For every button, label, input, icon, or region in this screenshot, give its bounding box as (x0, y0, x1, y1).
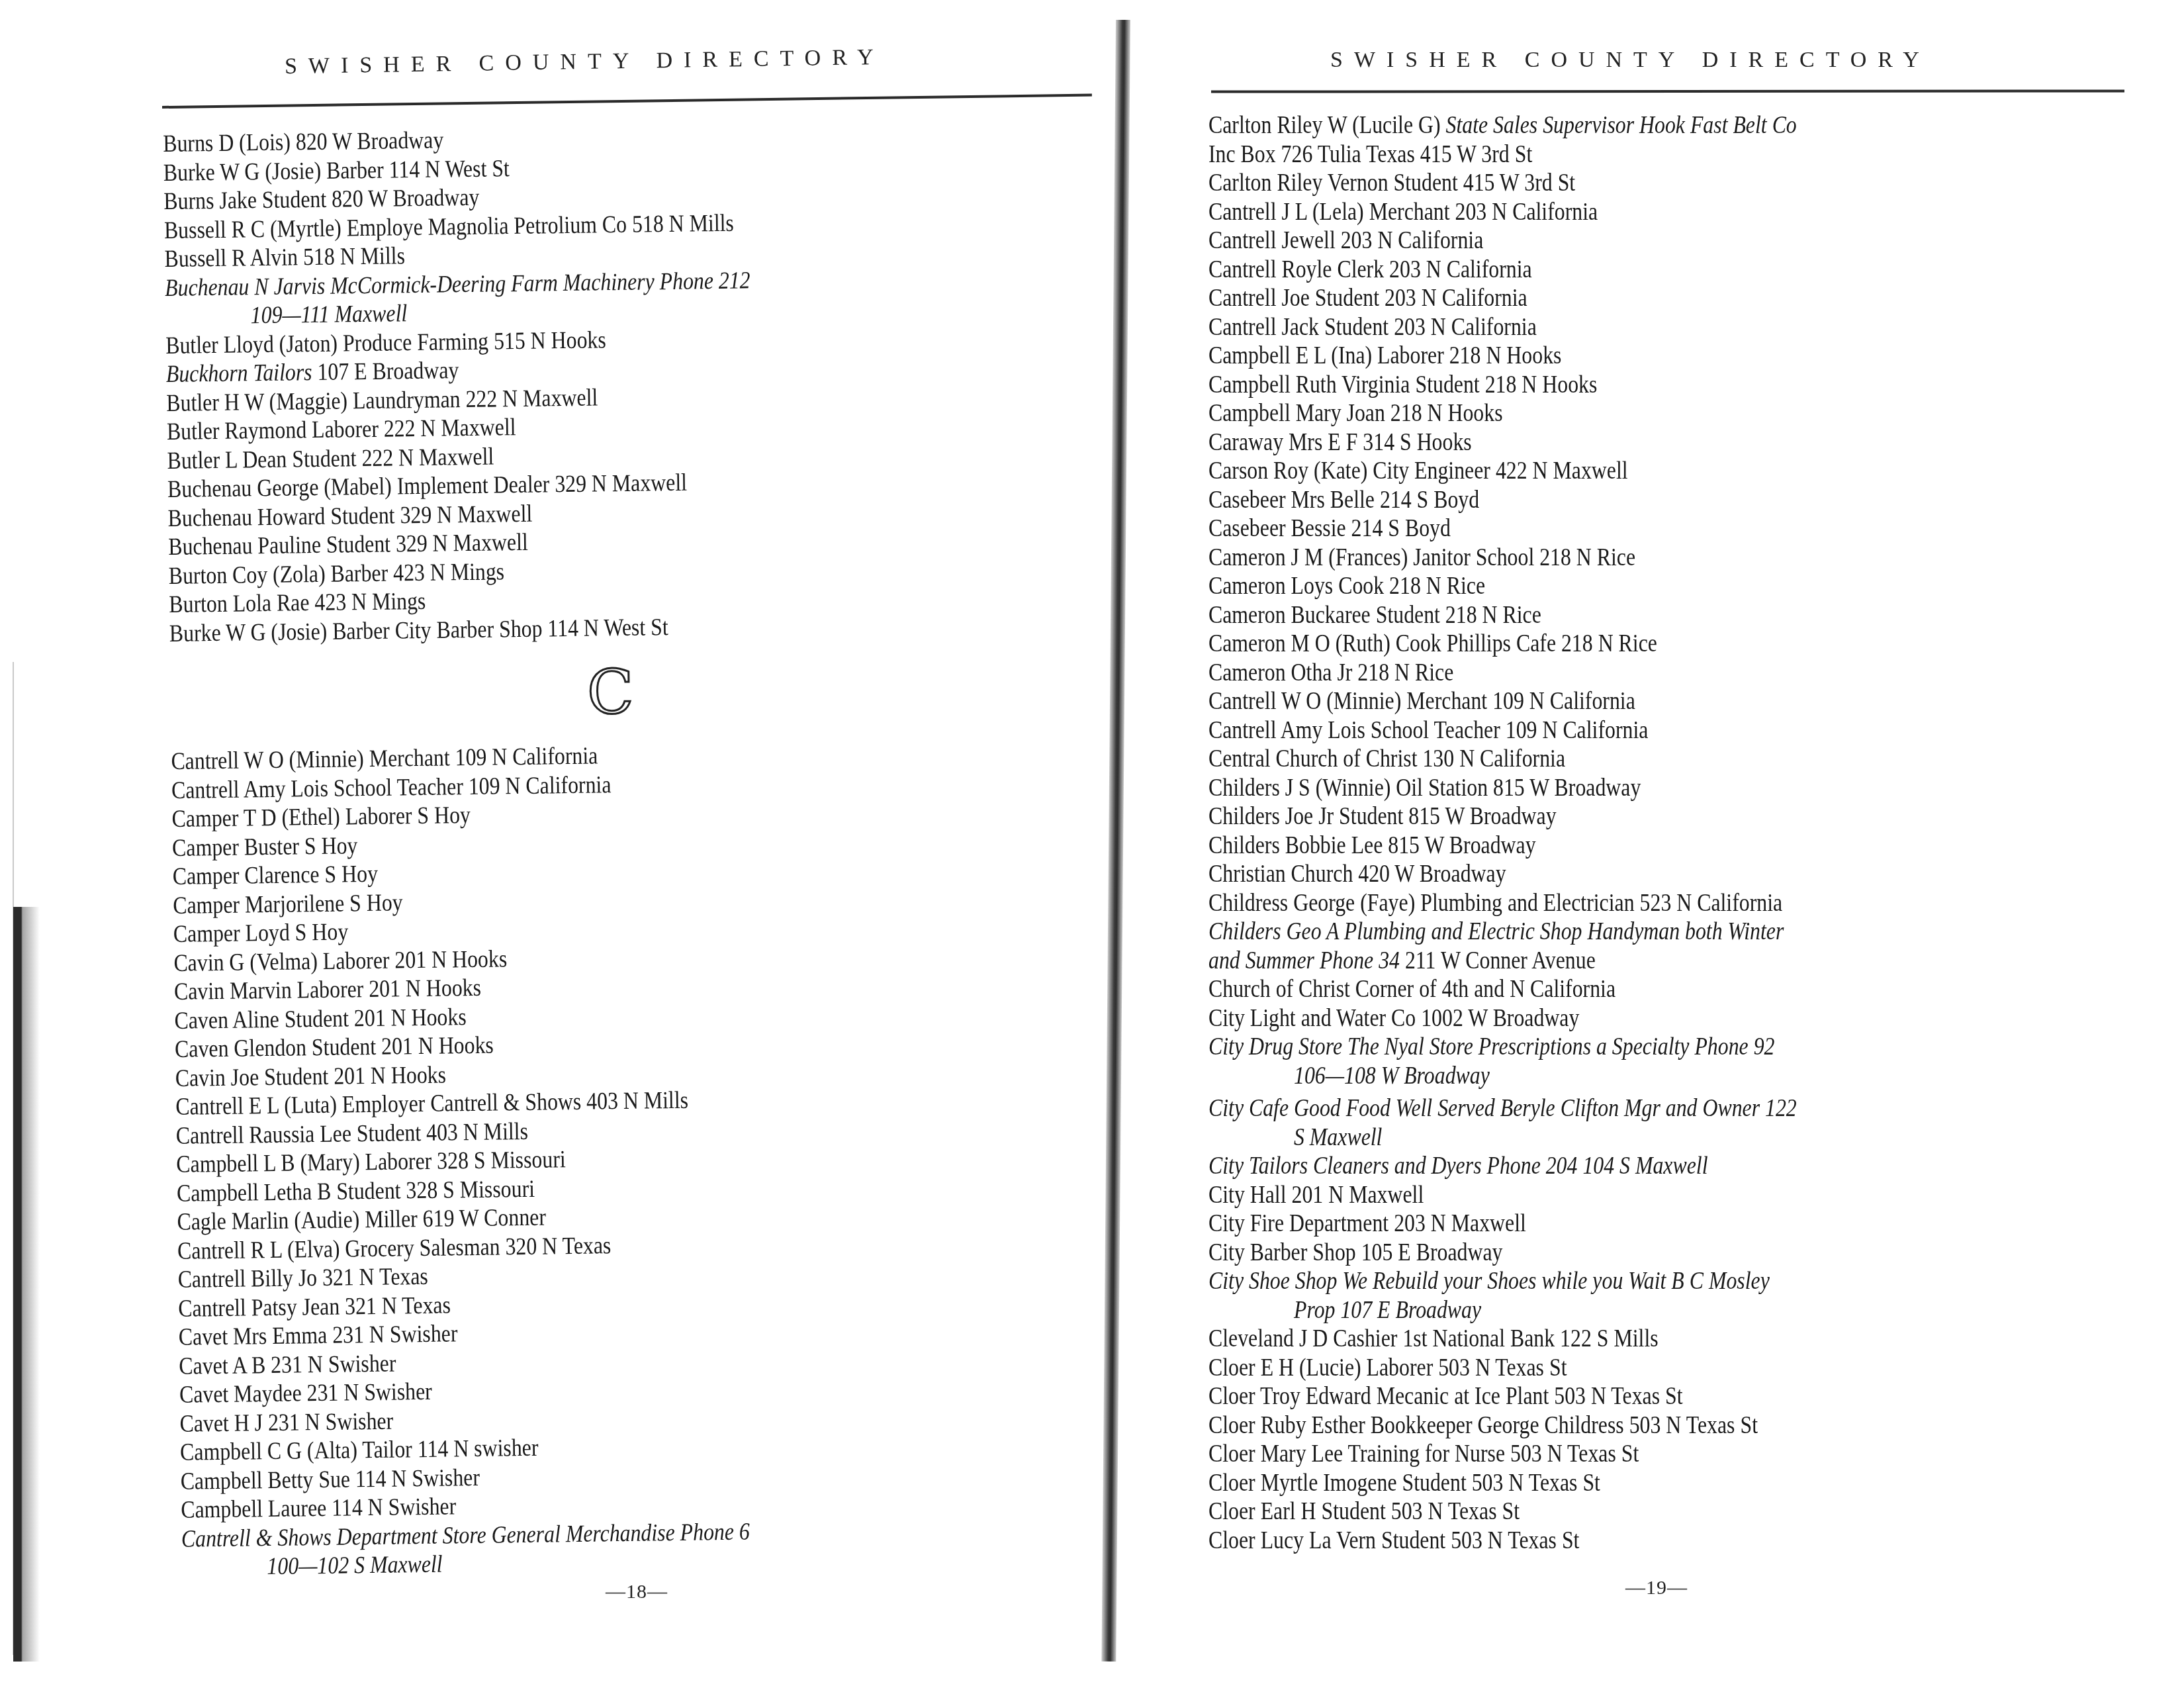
directory-entry: Cameron Loys Cook 218 N Rice (1208, 572, 2017, 601)
directory-entry: Cantrell W O (Minnie) Merchant 109 N Cal… (1208, 687, 2017, 716)
directory-entry: Campbell Mary Joan 218 N Hooks (1208, 399, 2017, 428)
directory-entry: City Barber Shop 105 E Broadway (1208, 1239, 2017, 1268)
business-name: Buckhorn Tailors (166, 359, 312, 388)
directory-entry: City Hall 201 N Maxwell (1208, 1181, 2017, 1210)
business-listing: Carlton Riley W (Lucile G) State Sales S… (1208, 111, 2017, 140)
occupation: State Sales Supervisor Hook Fast Belt Co (1445, 112, 1796, 139)
directory-entry: Cloer Lucy La Vern Student 503 N Texas S… (1208, 1526, 2017, 1556)
business-listing: Childers Geo A Plumbing and Electric Sho… (1208, 917, 2017, 947)
directory-entry: Casebeer Bessie 214 S Boyd (1208, 514, 2017, 543)
directory-entry: Cloer Ruby Esther Bookkeeper George Chil… (1208, 1411, 2017, 1440)
directory-entry: Cameron M O (Ruth) Cook Phillips Cafe 21… (1208, 630, 2017, 659)
business-listing: City Drug Store The Nyal Store Prescript… (1208, 1033, 2017, 1090)
directory-entry: Childress George (Faye) Plumbing and Ele… (1208, 889, 2017, 918)
directory-entry: Childers J S (Winnie) Oil Station 815 W … (1208, 774, 2017, 803)
directory-entry: Cantrell Amy Lois School Teacher 109 N C… (1208, 716, 2017, 745)
running-head: SWISHER COUNTY DIRECTORY (285, 45, 885, 79)
directory-entry: Campbell Ruth Virginia Student 218 N Hoo… (1208, 371, 2017, 400)
page-number: —19— (1625, 1577, 1688, 1599)
directory-entry: Cantrell Jewell 203 N California (1208, 226, 2017, 256)
business-name: and Summer Phone 34 (1208, 947, 1400, 974)
directory-entry: Cloer Myrtle Imogene Student 503 N Texas… (1208, 1469, 2017, 1498)
left-page: SWISHER COUNTY DIRECTORY Burns D (Lois) … (0, 0, 1118, 1688)
directory-entry: Cantrell Royle Clerk 203 N California (1208, 256, 2017, 285)
directory-entry: Childers Bobbie Lee 815 W Broadway (1208, 831, 2017, 861)
directory-entry: Cloer Troy Edward Mecanic at Ice Plant 5… (1208, 1382, 2017, 1411)
listing-continuation: Prop 107 E Broadway (1208, 1296, 2017, 1325)
directory-entry: Childers Joe Jr Student 815 W Broadway (1208, 802, 2017, 831)
business-listing: Cantrell & Shows Department Store Genera… (181, 1514, 990, 1582)
directory-entry: Central Church of Christ 130 N Californi… (1208, 745, 2017, 774)
directory-entry: Cameron Buckaree Student 218 N Rice (1208, 601, 2017, 630)
directory-entry: City Fire Department 203 N Maxwell (1208, 1209, 2017, 1239)
directory-entry: Caraway Mrs E F 314 S Hooks (1208, 428, 2017, 457)
directory-entry: Casebeer Mrs Belle 214 S Boyd (1208, 486, 2017, 515)
page-number: —18— (606, 1581, 668, 1603)
business-listing: City Tailors Cleaners and Dyers Phone 20… (1208, 1152, 2017, 1181)
running-head: SWISHER COUNTY DIRECTORY (1330, 48, 1931, 73)
directory-entry: Campbell E L (Ina) Laborer 218 N Hooks (1208, 342, 2017, 371)
business-listing: and Summer Phone 34 211 W Conner Avenue (1208, 947, 2017, 976)
header-rule (1211, 89, 2124, 93)
directory-entry: Carson Roy (Kate) City Engineer 422 N Ma… (1208, 457, 2017, 486)
directory-entry: Cantrell Joe Student 203 N California (1208, 284, 2017, 313)
directory-entry: Cloer Earl H Student 503 N Texas St (1208, 1497, 2017, 1526)
listing-continuation: 106—108 W Broadway (1208, 1062, 2017, 1091)
resident-name: Carlton Riley W (Lucile G) (1208, 112, 1441, 139)
directory-entry: Cloer E H (Lucie) Laborer 503 N Texas St (1208, 1354, 2017, 1383)
directory-entry: Cameron Otha Jr 218 N Rice (1208, 659, 2017, 688)
directory-entry: Cloer Mary Lee Training for Nurse 503 N … (1208, 1440, 2017, 1469)
business-name: Buchenau N Jarvis (165, 272, 326, 301)
directory-entries: Burns D (Lois) 820 W Broadway Burke W G … (163, 117, 1122, 1582)
directory-entry: Christian Church 420 W Broadway (1208, 860, 2017, 889)
directory-entry: Inc Box 726 Tulia Texas 415 W 3rd St (1208, 140, 2017, 169)
directory-entry: Cameron J M (Frances) Janitor School 218… (1208, 543, 2017, 573)
business-listing: City Cafe Good Food Well Served Beryle C… (1208, 1094, 2017, 1152)
business-description: McCormick-Deering Farm Machinery Phone 2… (330, 267, 751, 299)
directory-entry: Carlton Riley Vernon Student 415 W 3rd S… (1208, 169, 2017, 198)
directory-entry: Church of Christ Corner of 4th and N Cal… (1208, 975, 2017, 1004)
directory-entry: Cantrell J L (Lela) Merchant 203 N Calif… (1208, 198, 2017, 227)
directory-entry: Cantrell Jack Student 203 N California (1208, 313, 2017, 342)
right-page: SWISHER COUNTY DIRECTORY Carlton Riley W… (1118, 0, 2184, 1688)
header-rule (162, 94, 1092, 109)
directory-entries: Carlton Riley W (Lucile G) State Sales S… (1208, 111, 2148, 1555)
listing-continuation: S Maxwell (1208, 1123, 2017, 1152)
business-listing: City Shoe Shop We Rebuild your Shoes whi… (1208, 1267, 2017, 1325)
section-letter-heading: C (169, 635, 1111, 747)
business-listing: Buchenau N Jarvis McCormick-Deering Farm… (165, 263, 974, 331)
directory-entry: Cleveland J D Cashier 1st National Bank … (1208, 1325, 2017, 1354)
directory-entry: City Light and Water Co 1002 W Broadway (1208, 1004, 2017, 1033)
